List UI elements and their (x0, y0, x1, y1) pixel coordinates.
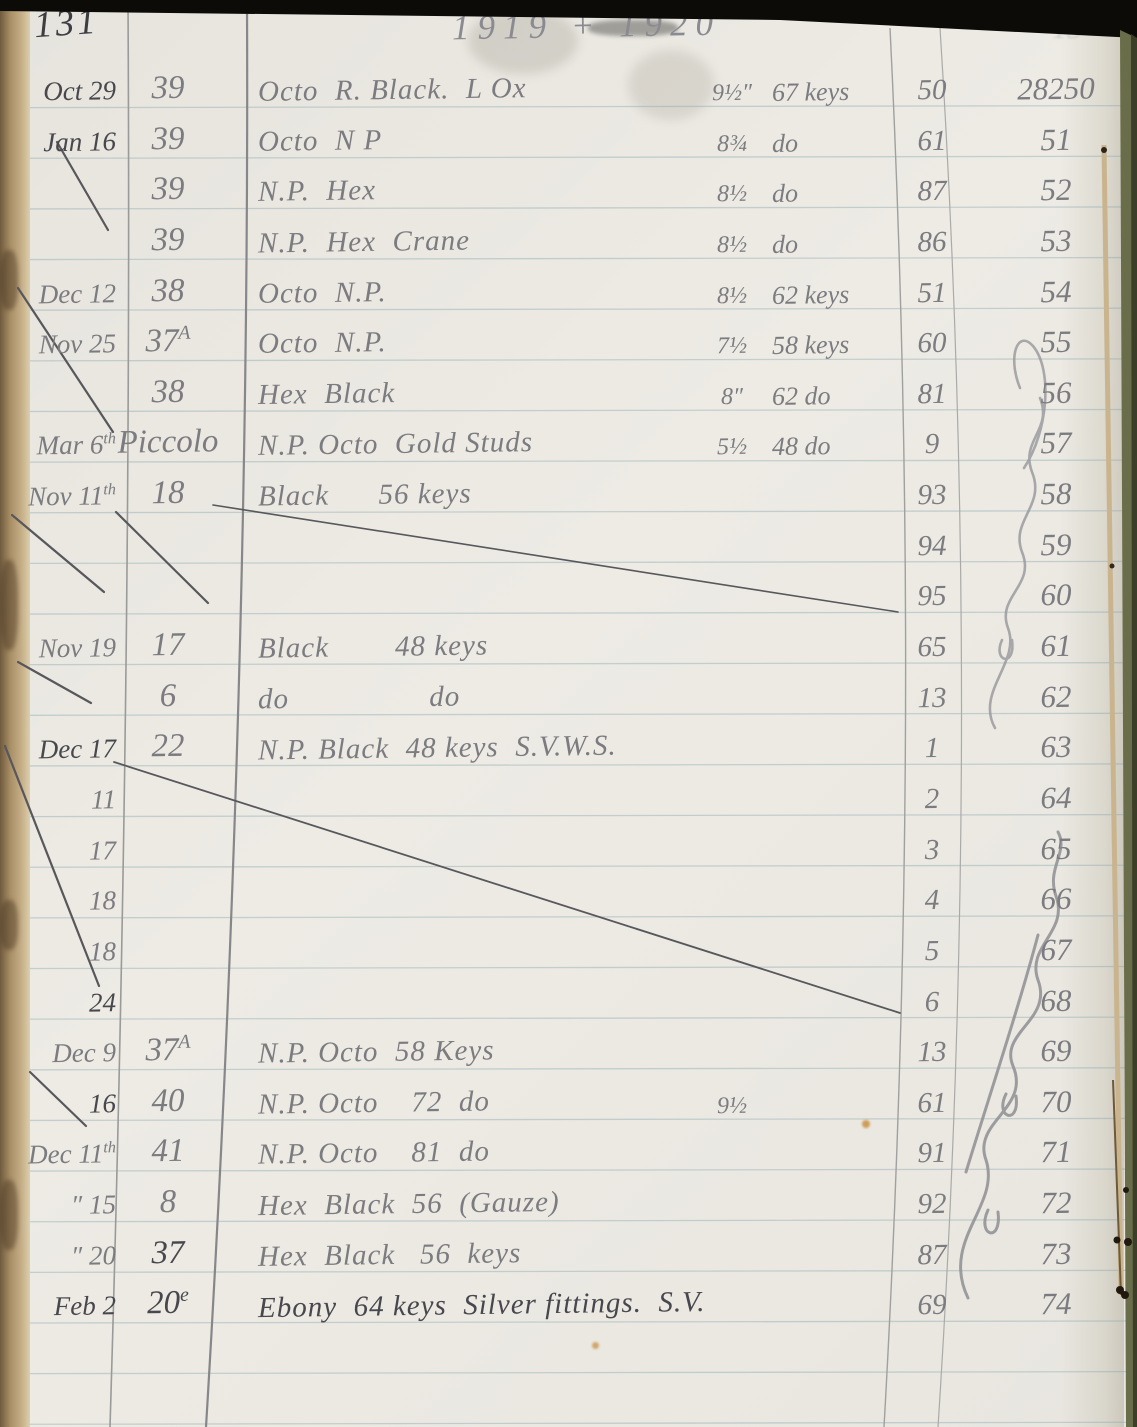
ledger-page-photo: 131 1919 + 1920 15 (0, 0, 1137, 1427)
photo-top-edge (0, 0, 1137, 38)
photo-edges (0, 0, 1137, 1427)
